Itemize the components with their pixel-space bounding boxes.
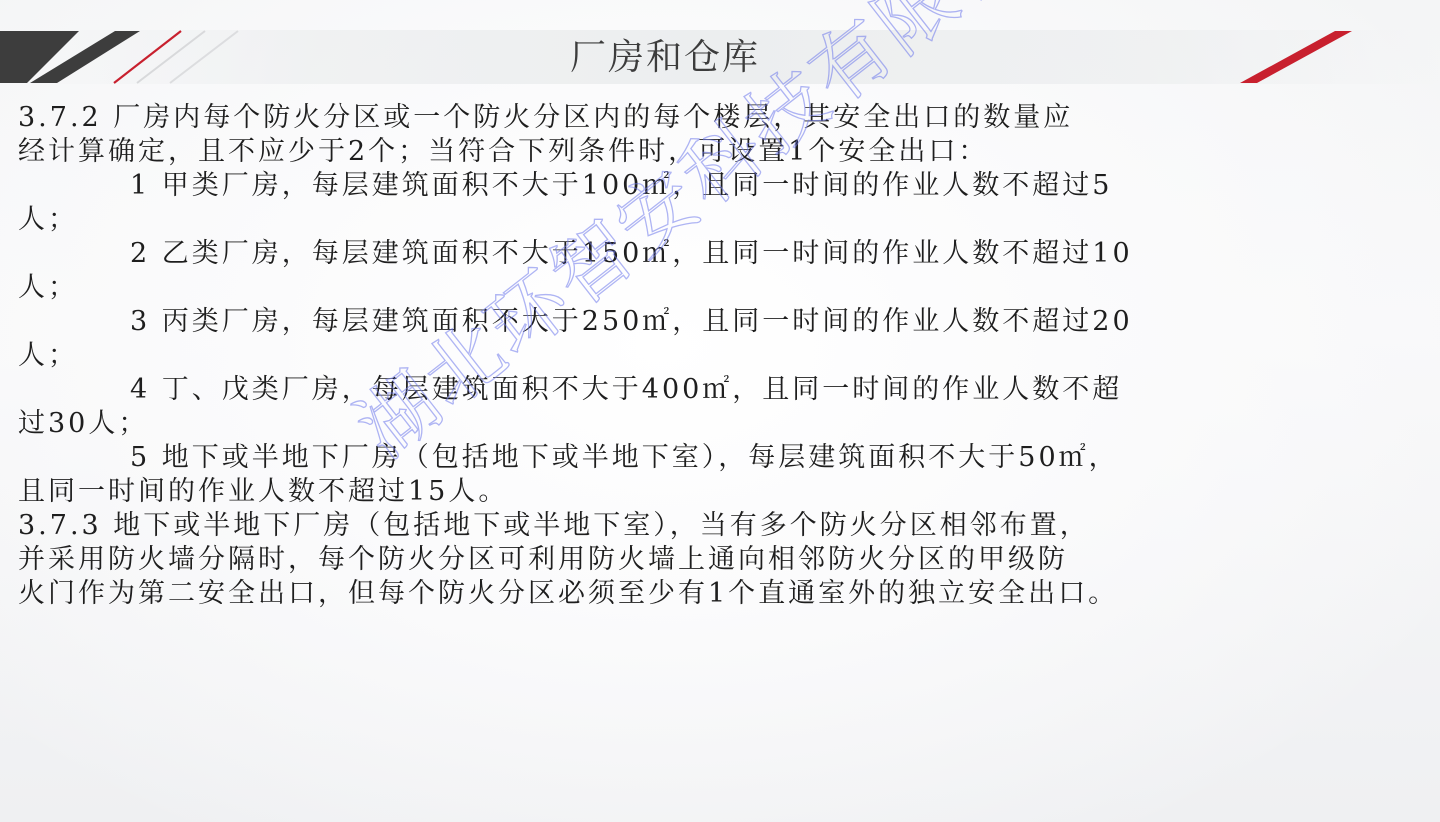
text-line: 5 地下或半地下厂房（包括地下或半地下室），每层建筑面积不大于50㎡， [18,441,1418,475]
text-line: 3.7.2 厂房内每个防火分区或一个防火分区内的每个楼层，其安全出口的数量应 [18,101,1418,135]
clause-3-7-3: 3.7.3 地下或半地下厂房（包括地下或半地下室），当有多个防火分区相邻布置， … [18,509,1418,611]
list-item-5: 5 地下或半地下厂房（包括地下或半地下室），每层建筑面积不大于50㎡， 且同一时… [18,441,1418,509]
list-item-3: 3 丙类厂房，每层建筑面积不大于250㎡，且同一时间的作业人数不超过20 人； [18,305,1418,373]
slide-body: 3.7.2 厂房内每个防火分区或一个防火分区内的每个楼层，其安全出口的数量应 经… [18,101,1418,611]
list-item-1: 1 甲类厂房，每层建筑面积不大于100㎡，且同一时间的作业人数不超过5 人； [18,169,1418,237]
text-line: 经计算确定，且不应少于2个；当符合下列条件时，可设置1个安全出口： [18,135,1418,169]
clause-3-7-2: 3.7.2 厂房内每个防火分区或一个防火分区内的每个楼层，其安全出口的数量应 经… [18,101,1418,169]
text-line: 且同一时间的作业人数不超过15人。 [18,475,1418,509]
text-line: 人； [18,271,1418,305]
text-line: 人； [18,339,1418,373]
list-item-4: 4 丁、戊类厂房，每层建筑面积不大于400㎡，且同一时间的作业人数不超 过30人… [18,373,1418,441]
text-line: 火门作为第二安全出口，但每个防火分区必须至少有1个直通室外的独立安全出口。 [18,577,1418,611]
text-line: 1 甲类厂房，每层建筑面积不大于100㎡，且同一时间的作业人数不超过5 [18,169,1418,203]
text-line: 过30人； [18,407,1418,441]
header-decoration-left [0,0,260,90]
text-line: 4 丁、戊类厂房，每层建筑面积不大于400㎡，且同一时间的作业人数不超 [18,373,1418,407]
slide: 厂房和仓库 3.7.2 厂房内每个防火分区或一个防火分区内的每个楼层，其安全出口… [0,0,1440,822]
text-line: 人； [18,203,1418,237]
text-line: 并采用防火墙分隔时，每个防火分区可利用防火墙上通向相邻防火分区的甲级防 [18,543,1418,577]
list-item-2: 2 乙类厂房，每层建筑面积不大于150㎡，且同一时间的作业人数不超过10 人； [18,237,1418,305]
text-line: 3 丙类厂房，每层建筑面积不大于250㎡，且同一时间的作业人数不超过20 [18,305,1418,339]
slide-title: 厂房和仓库 [570,36,760,80]
text-line: 2 乙类厂房，每层建筑面积不大于150㎡，且同一时间的作业人数不超过10 [18,237,1418,271]
text-line: 3.7.3 地下或半地下厂房（包括地下或半地下室），当有多个防火分区相邻布置， [18,509,1418,543]
